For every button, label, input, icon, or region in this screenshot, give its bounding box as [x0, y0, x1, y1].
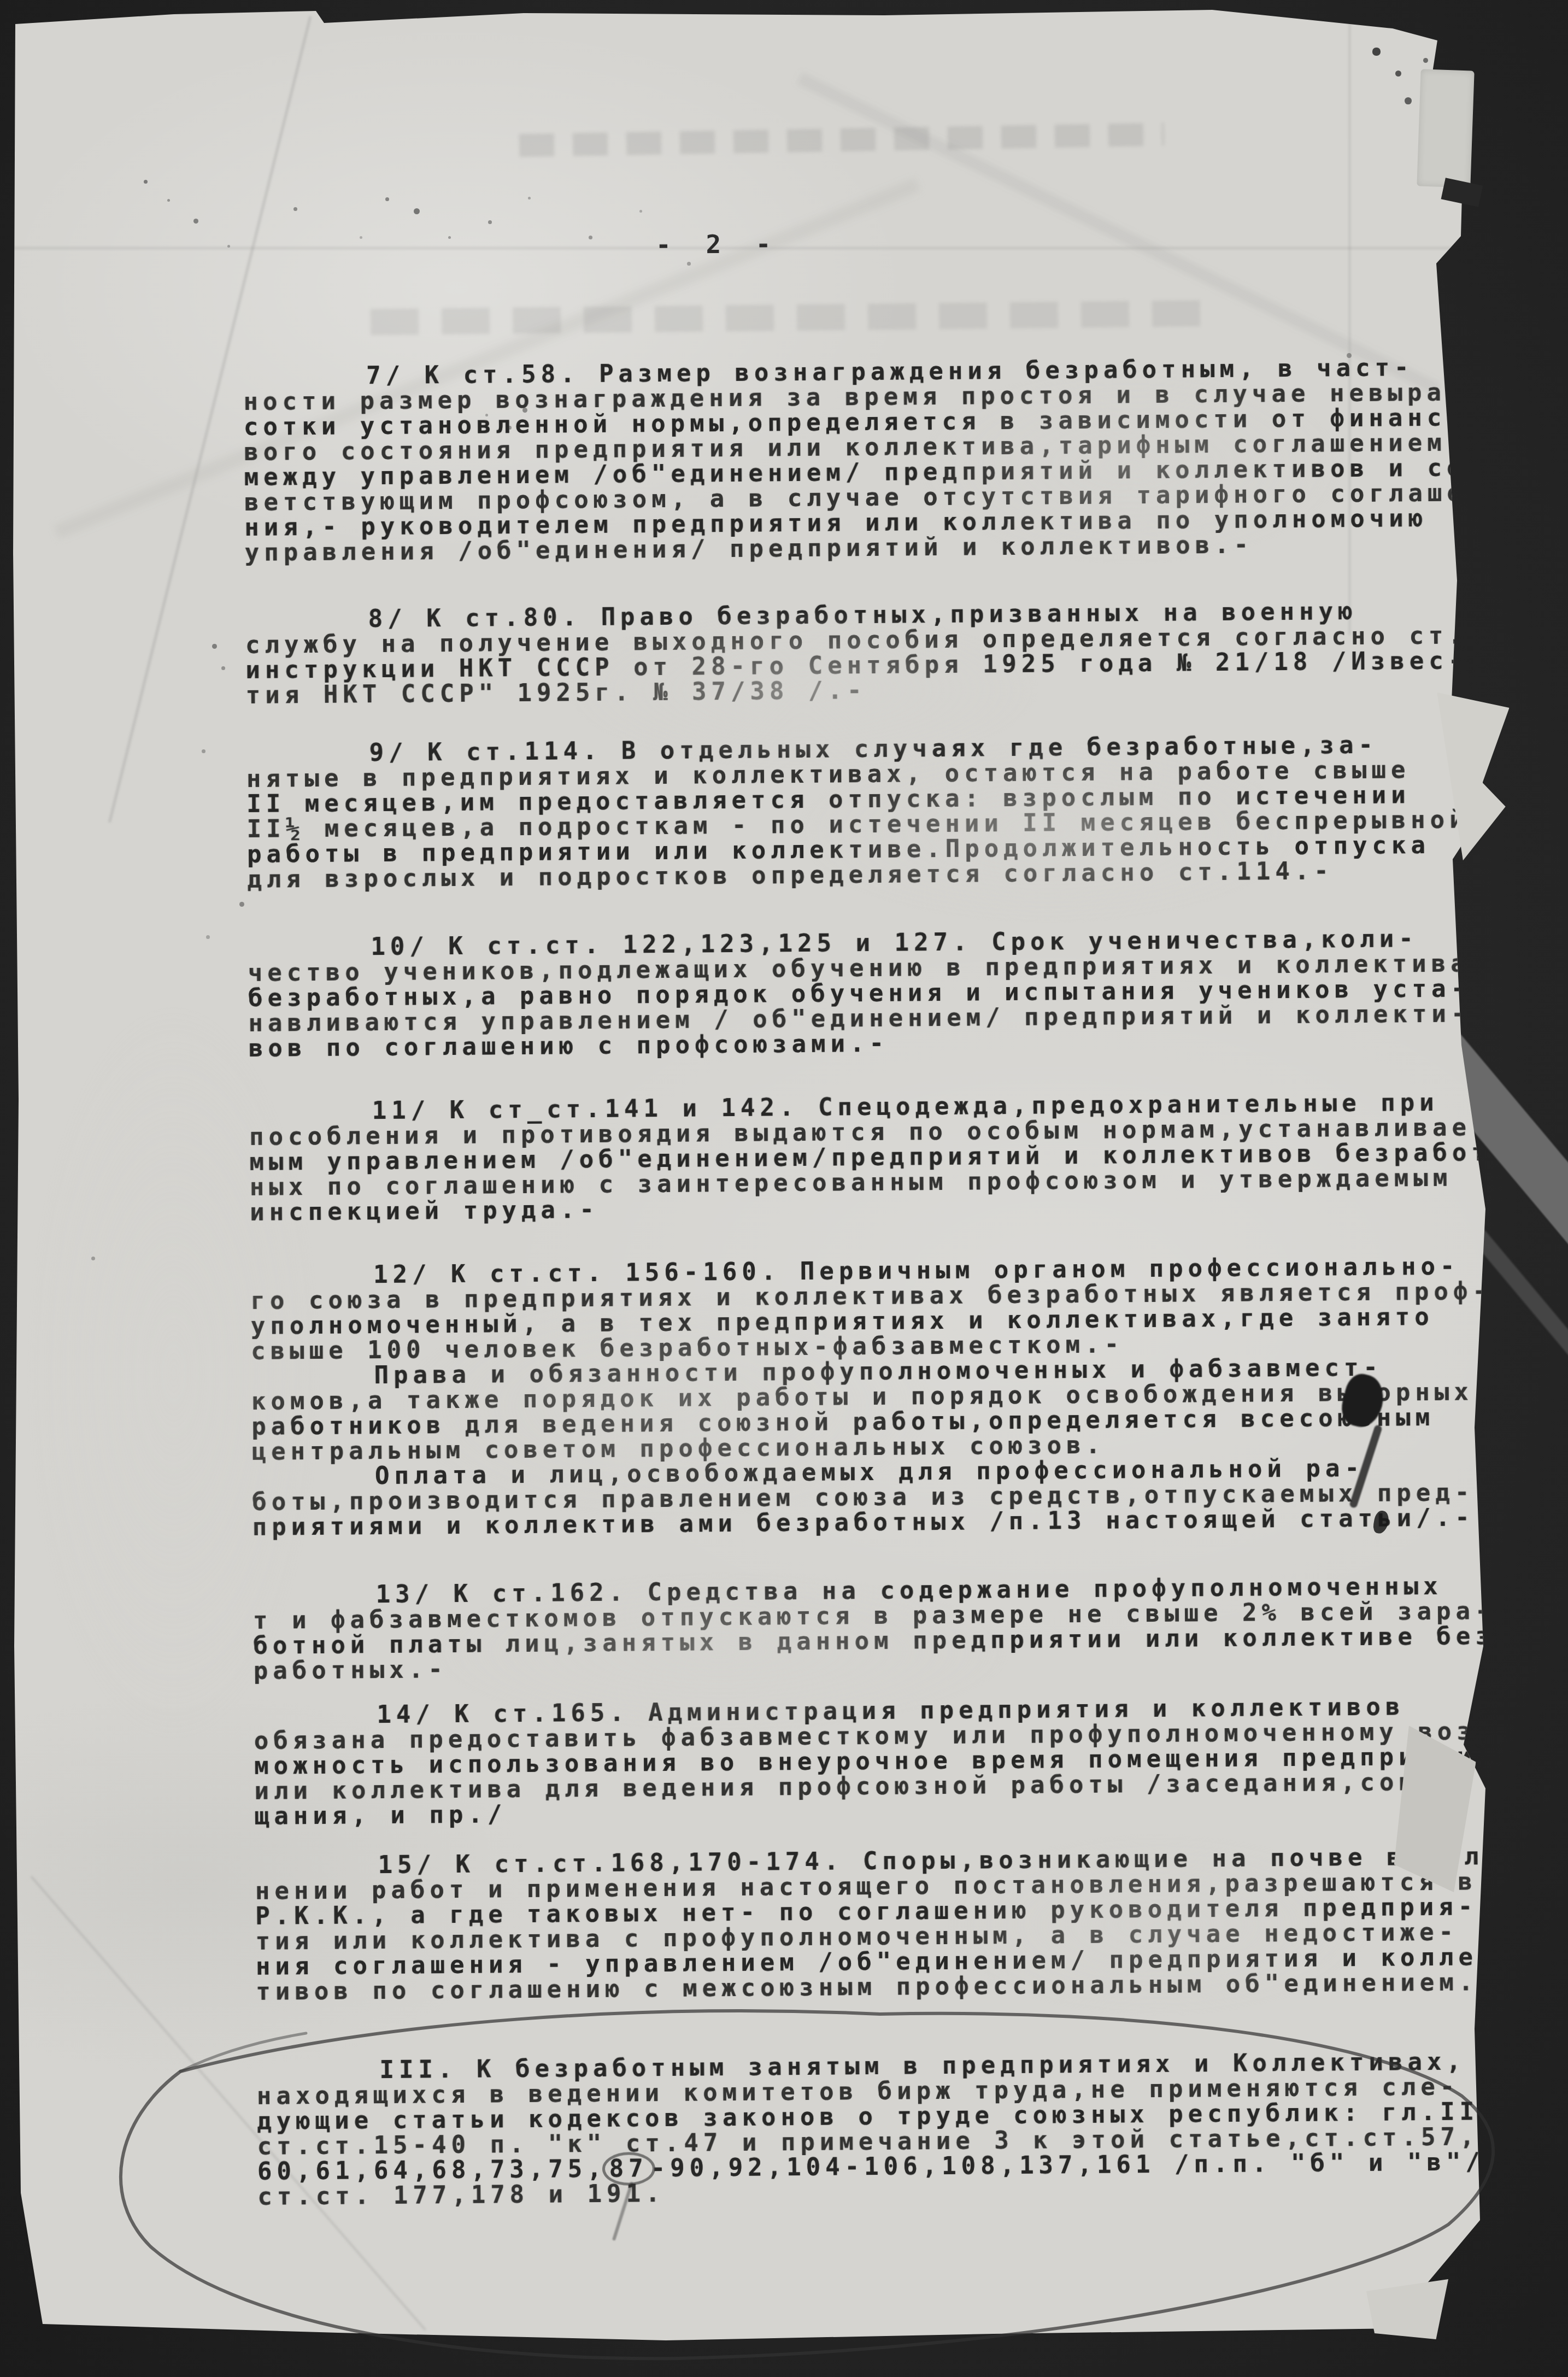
crease-line: [796, 72, 1441, 395]
torn-paper-fragment: [1417, 69, 1474, 187]
paragraph-7: 7/ К ст.58. Размер вознаграждения безраб…: [243, 355, 1496, 566]
paragraph-11: 11/ К ст_ст.141 и 142. Спецодежда,предох…: [249, 1090, 1502, 1225]
page-number: - 2 -: [656, 229, 781, 260]
paragraph-III: III. К безработным занятым в предприятия…: [256, 2049, 1509, 2210]
paper-sheet: - 2 - 7/ К ст.58. Размер вознаграждения …: [10, 7, 1499, 2351]
paragraph-8: 8/ К ст.80. Право безработных,призванных…: [245, 598, 1497, 708]
paragraph-13: 13/ К ст.162. Средства на содержание про…: [253, 1574, 1505, 1684]
bleedthrough-smudge: [371, 300, 1223, 335]
typewritten-text: 7/ К ст.58. Размер вознаграждения безраб…: [243, 355, 1509, 2210]
bleedthrough-smudge: [519, 123, 1165, 157]
document-photo: { "photo": { "background_color": "#26262…: [0, 0, 1568, 2377]
paragraph-14: 14/ К ст.165. Администрация предприятия …: [254, 1694, 1506, 1829]
ink-speckles: [10, 7, 13, 9]
paragraph-9: 9/ К ст.114. В отдельных случаях где без…: [246, 732, 1499, 893]
paragraph-15: 15/ К ст.ст.168,170-174. Споры,возникающ…: [255, 1844, 1507, 2005]
paragraph-12: 12/ К ст.ст. 156-160. Первичным органом …: [250, 1254, 1504, 1540]
paragraph-10: 10/ К ст.ст. 122,123,125 и 127. Срок уче…: [248, 926, 1500, 1061]
